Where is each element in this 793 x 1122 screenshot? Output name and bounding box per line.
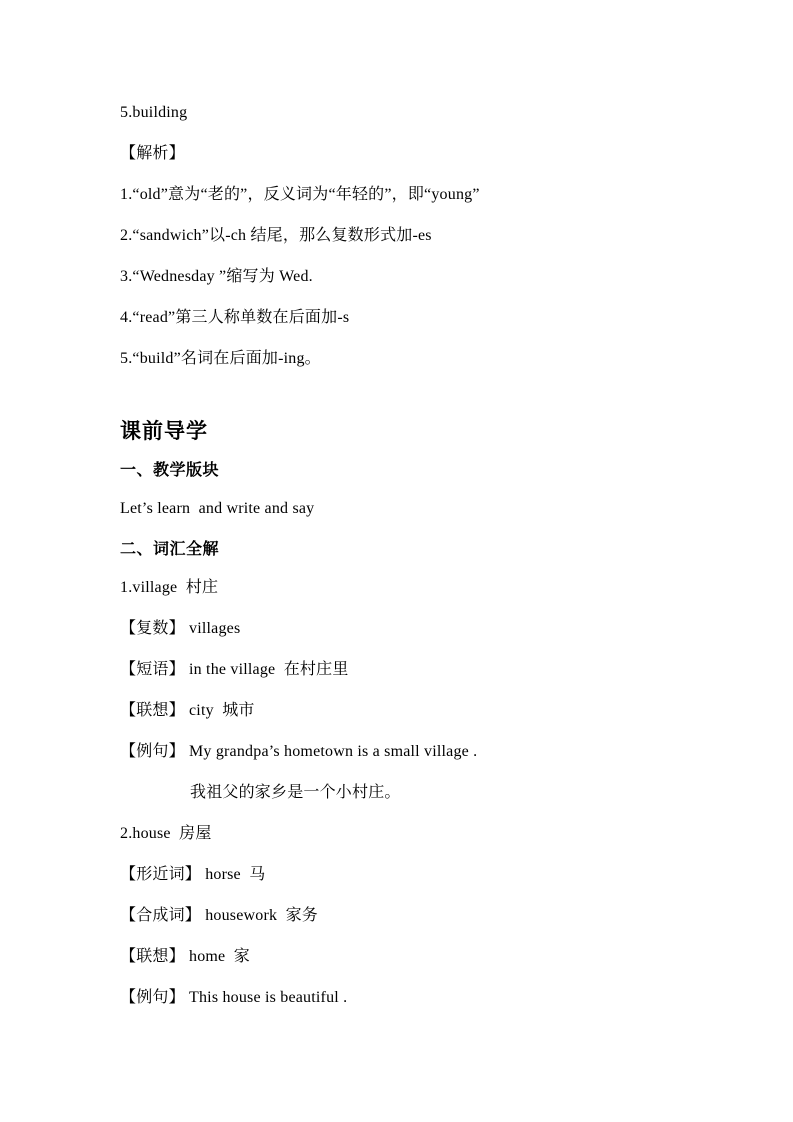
analysis-item: 4.“read”第三人称单数在后面加-s (120, 309, 703, 327)
vocab-detail-plural: 【复数】 villages (120, 620, 703, 638)
vocab-detail-association: 【联想】 home 家 (120, 948, 703, 966)
vocab-detail-association: 【联想】 city 城市 (120, 702, 703, 720)
document-page: 5.building 【解析】 1.“old”意为“老的”，反义词为“年轻的”，… (0, 0, 793, 1122)
vocab-detail-example: 【例句】 My grandpa’s hometown is a small vi… (120, 743, 703, 761)
vocab-entry-village: 1.village 村庄 【复数】 villages 【短语】 in the v… (120, 579, 703, 802)
analysis-heading: 【解析】 (120, 145, 703, 163)
module-heading: 一、教学版块 (120, 462, 703, 480)
vocab-detail-similar-word: 【形近词】 horse 马 (120, 866, 703, 884)
vocab-detail-compound-word: 【合成词】 housework 家务 (120, 907, 703, 925)
vocab-example-translation: 我祖父的家乡是一个小村庄。 (120, 784, 703, 802)
analysis-item: 1.“old”意为“老的”，反义词为“年轻的”，即“young” (120, 186, 703, 204)
section-title-pre-class: 课前导学 (120, 420, 703, 444)
analysis-item: 2.“sandwich”以-ch 结尾，那么复数形式加-es (120, 227, 703, 245)
vocab-word: 1.village 村庄 (120, 579, 703, 597)
analysis-item: 5.“build”名词在后面加-ing。 (120, 350, 703, 368)
module-content: Let’s learn and write and say (120, 500, 703, 518)
answer-item: 5.building (120, 104, 703, 122)
analysis-item: 3.“Wednesday ”缩写为 Wed. (120, 268, 703, 286)
vocab-word: 2.house 房屋 (120, 825, 703, 843)
vocab-detail-example: 【例句】 This house is beautiful . (120, 989, 703, 1007)
vocab-heading: 二、词汇全解 (120, 541, 703, 559)
vocab-detail-phrase: 【短语】 in the village 在村庄里 (120, 661, 703, 679)
vocab-entry-house: 2.house 房屋 【形近词】 horse 马 【合成词】 housework… (120, 825, 703, 1007)
